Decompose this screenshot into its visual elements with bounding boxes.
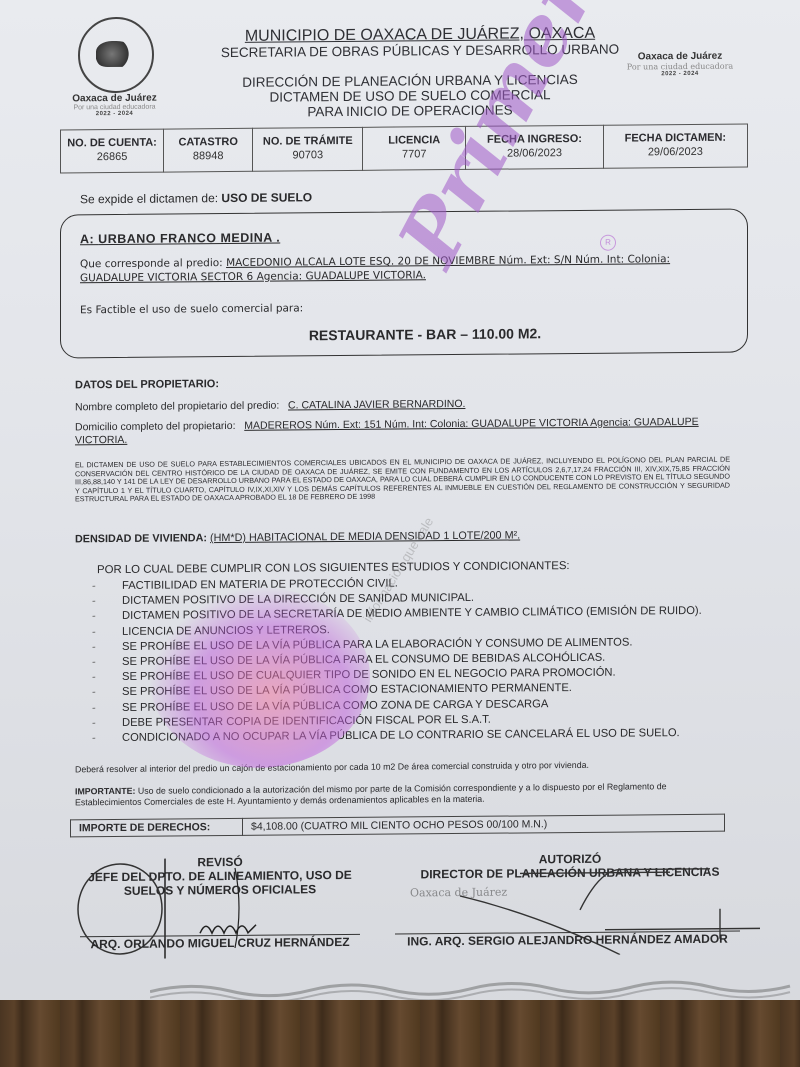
cadastre-cell: CATASTRO88948 bbox=[164, 128, 253, 172]
important-label: IMPORTANTE: bbox=[75, 786, 135, 797]
fee-table: IMPORTE DE DERECHOS: $4,108.00 (CUATRO M… bbox=[70, 814, 725, 838]
conditions-title: POR LO CUAL DEBE CUMPLIR CON LOS SIGUIEN… bbox=[97, 560, 570, 576]
stamp-text: Oaxaca de Juárez bbox=[410, 886, 507, 900]
ruling-date-label: FECHA DICTAMEN: bbox=[607, 131, 744, 146]
density-value: (HM*D) HABITACIONAL DE MEDIA DENSIDAD 1 … bbox=[210, 529, 520, 544]
fee-label: IMPORTE DE DERECHOS: bbox=[71, 818, 243, 837]
legal-basis-text: EL DICTAMEN DE USO DE SUELO PARA ESTABLE… bbox=[75, 456, 730, 505]
owner-address-cont: VICTORIA. bbox=[75, 434, 127, 446]
info-table: NO. DE CUENTA:26865 CATASTRO88948 NO. DE… bbox=[60, 123, 748, 173]
property-line: Que corresponde al predio: MACEDONIO ALC… bbox=[80, 252, 730, 286]
addressee: A: URBANO FRANCO MEDINA . bbox=[80, 231, 280, 247]
addressee-prefix: A: bbox=[80, 232, 98, 246]
ruling-date-value: 29/06/2023 bbox=[607, 145, 744, 160]
cadastre-value: 88948 bbox=[167, 149, 249, 164]
important-note: IMPORTANTE: Uso de suelo condicionado a … bbox=[75, 781, 735, 809]
document-page: Oaxaca de Juárez Por una ciudad educador… bbox=[0, 0, 800, 1032]
procedure-cell: NO. DE TRÁMITE90703 bbox=[253, 127, 363, 171]
owner-name: C. CATALINA JAVIER BERNARDINO. bbox=[288, 398, 465, 412]
account-value: 26865 bbox=[64, 150, 160, 165]
registered-mark-icon: R bbox=[600, 235, 616, 251]
important-text: Uso de suelo condicionado a la autorizac… bbox=[75, 781, 667, 807]
feasible-text: Es Factible el uso de suelo comercial pa… bbox=[80, 302, 303, 316]
owner-name-label: Nombre completo del propietario del pred… bbox=[75, 400, 279, 414]
procedure-label: NO. DE TRÁMITE bbox=[256, 134, 359, 149]
account-cell: NO. DE CUENTA:26865 bbox=[61, 129, 164, 173]
issued-ruling-value: USO DE SUELO bbox=[221, 190, 312, 205]
parking-note: Deberá resolver al interior del predio u… bbox=[75, 760, 589, 774]
issued-ruling-line: Se expide el dictamen de: USO DE SUELO bbox=[80, 190, 312, 206]
account-label: NO. DE CUENTA: bbox=[64, 136, 160, 151]
addressee-name: URBANO FRANCO MEDINA . bbox=[98, 231, 280, 247]
cadastre-label: CATASTRO bbox=[167, 135, 249, 150]
official-stamp: Oaxaca de Juárez bbox=[410, 886, 507, 900]
owner-address-label: Domicilio completo del propietario: bbox=[75, 420, 236, 433]
property-prefix: Que corresponde al predio: bbox=[80, 257, 226, 270]
procedure-value: 90703 bbox=[256, 148, 359, 163]
ruling-date-cell: FECHA DICTAMEN:29/06/2023 bbox=[603, 124, 747, 168]
stamp-wave-icon bbox=[150, 968, 800, 1004]
table-surface bbox=[0, 1000, 800, 1067]
density-label: DENSIDAD DE VIVIENDA: bbox=[75, 532, 207, 545]
issued-ruling-prefix: Se expide el dictamen de: bbox=[80, 191, 221, 206]
reviewer-name: ARQ. ORLANDO MIGUEL CRUZ HERNÁNDEZ bbox=[80, 934, 360, 951]
density-line: DENSIDAD DE VIVIENDA: (HM*D) HABITACIONA… bbox=[75, 529, 520, 545]
owner-name-line: Nombre completo del propietario del pred… bbox=[75, 398, 465, 413]
owner-section-title: DATOS DEL PROPIETARIO: bbox=[75, 378, 219, 391]
owner-address-line: Domicilio completo del propietario: MADE… bbox=[75, 416, 735, 448]
fee-value: $4,108.00 (CUATRO MIL CIENTO OCHO PESOS … bbox=[243, 814, 725, 835]
owner-address: MADEREROS Núm. Ext: 151 Núm. Int: Coloni… bbox=[244, 416, 698, 432]
authorizer-name: ING. ARQ. SERGIO ALEJANDRO HERNÁNDEZ AMA… bbox=[395, 931, 740, 949]
